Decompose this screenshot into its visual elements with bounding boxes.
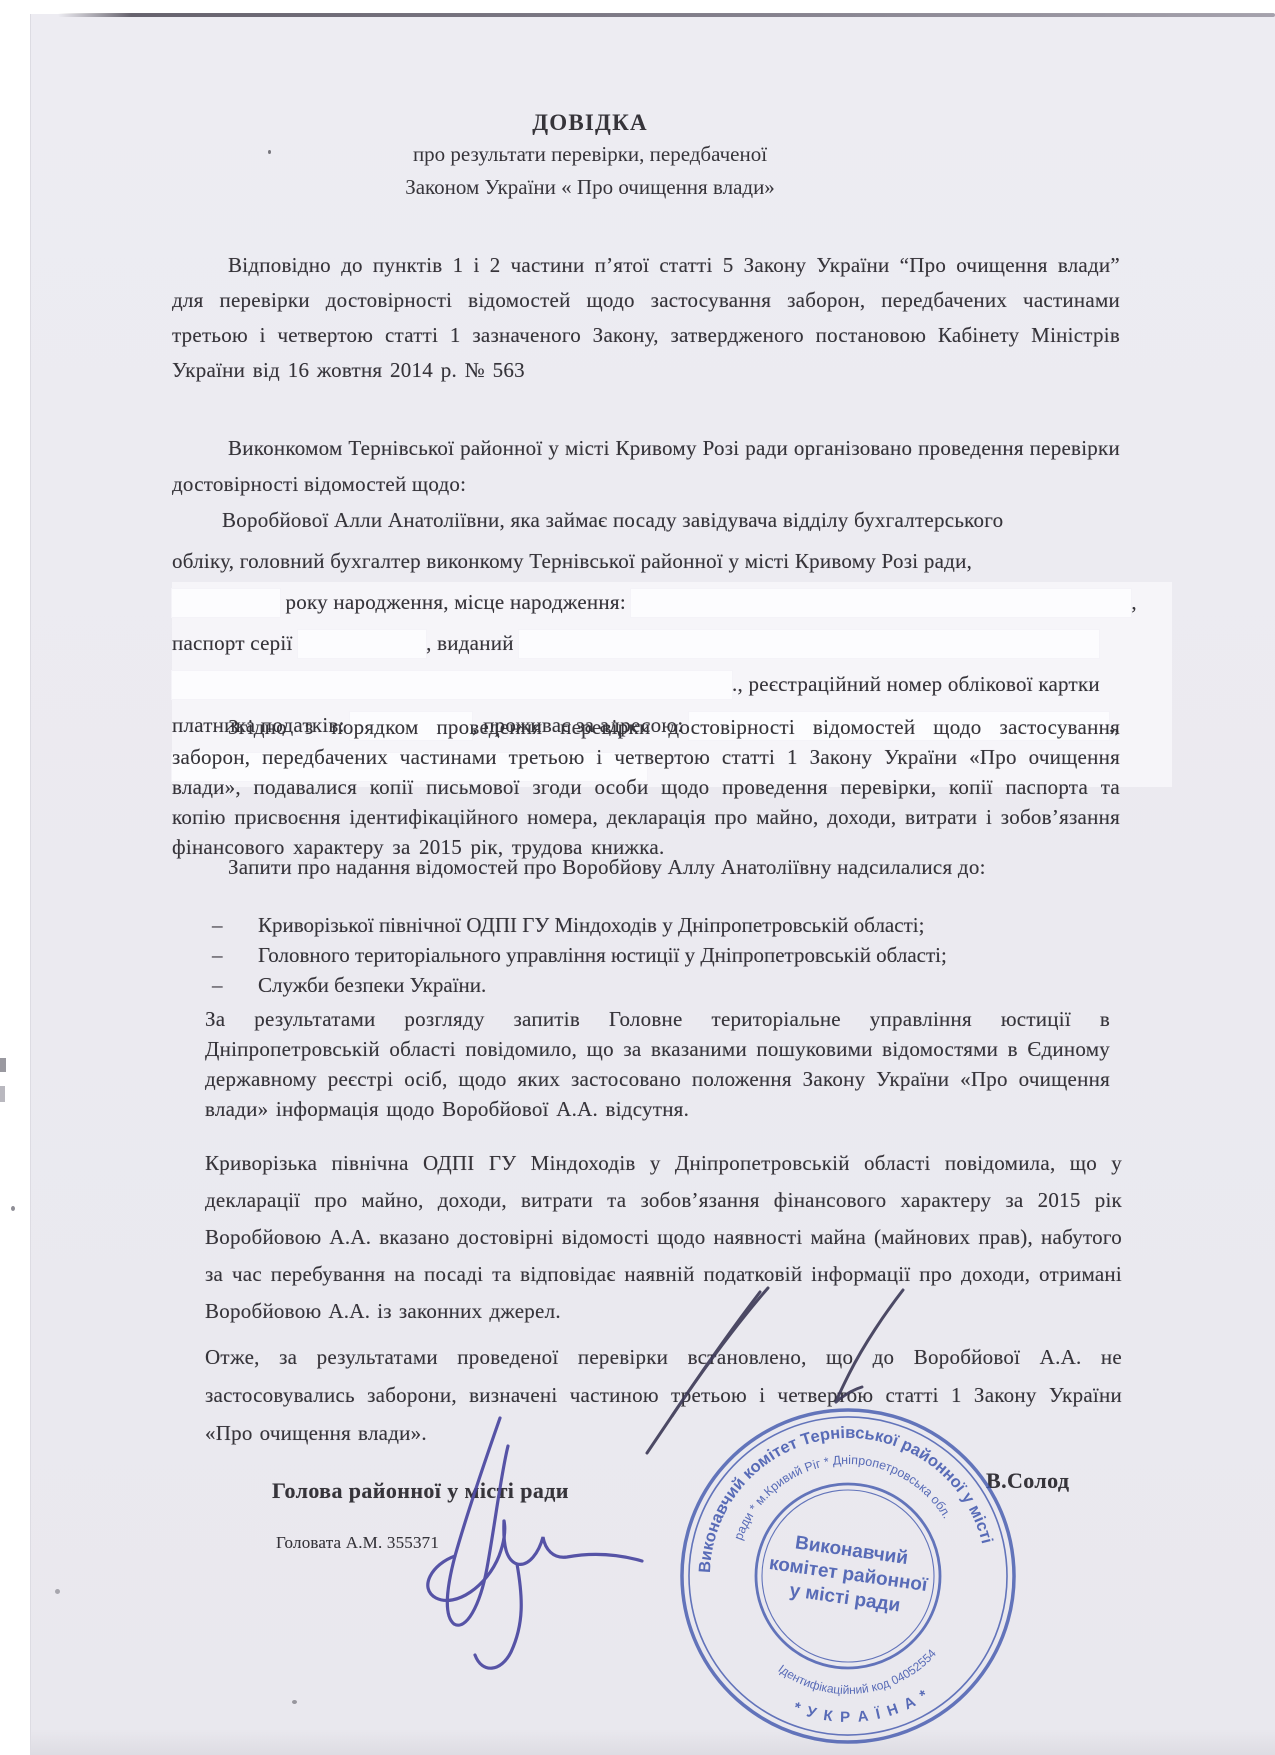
scan-artifact xyxy=(11,1206,15,1211)
list-item: –Головного територіального управління юс… xyxy=(212,940,1142,970)
paragraph-procedure: Згідно з порядком проведення перевірки д… xyxy=(172,712,1120,862)
scan-artifact xyxy=(55,1589,60,1594)
document-header: ДОВІДКА про результати перевірки, передб… xyxy=(150,108,1030,204)
list-item-text: Криворізької північної ОДПІ ГУ Міндоході… xyxy=(258,913,924,937)
birth-tail: , xyxy=(1131,590,1137,614)
scan-artifact xyxy=(292,1700,297,1704)
document-subtitle-line1: про результати перевірки, передбаченої xyxy=(150,138,1030,171)
list-item-text: Служби безпеки України. xyxy=(258,973,486,997)
scan-edge-shadow xyxy=(58,13,1275,17)
dash-marker: – xyxy=(212,910,258,940)
document-title: ДОВІДКА xyxy=(150,108,1030,138)
passport-label: паспорт серії xyxy=(172,631,293,655)
paragraph-justice-reply: За результатами розгляду запитів Головне… xyxy=(205,1004,1110,1124)
signer-position: Голова районної у місті ради xyxy=(272,1478,569,1504)
person-line-2: обліку, головний бухгалтер виконкому Тер… xyxy=(172,541,1172,582)
redaction-box xyxy=(298,630,426,658)
list-item-text: Головного територіального управління юст… xyxy=(258,943,947,967)
redaction-box xyxy=(172,589,280,617)
list-item: –Криворізької північної ОДПІ ГУ Міндоход… xyxy=(212,910,1142,940)
scan-artifact xyxy=(268,150,271,154)
redaction-box xyxy=(172,671,732,699)
document-subtitle-line2: Законом України « Про очищення влади» xyxy=(150,171,1030,204)
clerk-note: Головата А.М. 355371 xyxy=(276,1533,439,1553)
scan-artifact xyxy=(0,1086,5,1102)
paragraph-requests: Запити про надання відомостей про Воробй… xyxy=(172,852,1120,882)
scanned-document-page: ДОВІДКА про результати перевірки, передб… xyxy=(0,0,1275,1755)
person-passport-line: паспорт серії , виданий xyxy=(172,623,1172,664)
redaction-box xyxy=(631,589,1131,617)
dash-marker: – xyxy=(212,940,258,970)
registry-tail: ., реєстраційний номер облікової картки xyxy=(732,672,1100,696)
request-recipients-list: –Криворізької північної ОДПІ ГУ Міндоход… xyxy=(212,910,1142,1000)
birth-label: року народження, місце народження: xyxy=(286,590,626,614)
passport-issued-label: , виданий xyxy=(426,631,514,655)
official-round-stamp: Виконавчий комітет Тернівської районної … xyxy=(668,1398,1028,1754)
dash-marker: – xyxy=(212,970,258,1000)
paragraph-legal-basis: Відповідно до пунктів 1 і 2 частини п’ят… xyxy=(172,248,1120,388)
person-birth-line: року народження, місце народження: , xyxy=(172,582,1172,623)
list-item: –Служби безпеки України. xyxy=(212,970,1142,1000)
person-registry-line: ., реєстраційний номер облікової картки xyxy=(172,664,1172,705)
scan-artifact xyxy=(0,1058,6,1072)
paragraph-tax-reply: Криворізька північна ОДПІ ГУ Міндоходів … xyxy=(205,1145,1122,1330)
person-line-1: Воробйової Алли Анатоліївни, яка займає … xyxy=(172,500,1172,541)
redaction-box xyxy=(519,630,1099,658)
paragraph-organizer: Виконкомом Тернівської районної у місті … xyxy=(172,430,1120,502)
